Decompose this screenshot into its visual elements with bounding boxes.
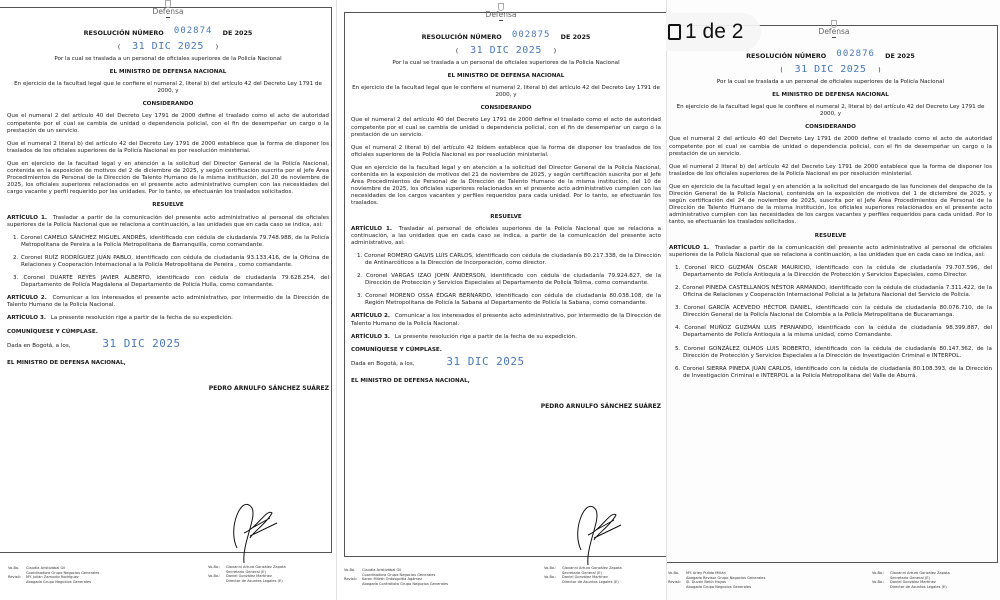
transfer-list: 1. Coronel ROMERO GALVIS LUIS CARLOS, id… xyxy=(351,253,661,308)
considering-paragraph: Que el numeral 2 literal b) del artículo… xyxy=(351,145,661,159)
closing: COMUNÍQUESE Y CÚMPLASE. xyxy=(351,347,661,354)
list-item: 3. Coronel GARCÍA ACEVEDO HÉCTOR DANIEL,… xyxy=(669,305,992,319)
list-item: 4. Coronel MUÑOZ GUZMÁN LUIS FERNANDO, i… xyxy=(669,325,992,339)
logo: Defensa xyxy=(148,0,188,18)
considering-paragraph: Que el numeral 2 literal b) del artículo… xyxy=(7,141,329,155)
page-icon xyxy=(668,24,681,40)
list-item: 1. Coronel CAMELO SÁNCHEZ MIGUEL ANDRÉS,… xyxy=(7,235,329,249)
resolution-date: ( 31 DIC 2025 ) xyxy=(7,43,329,56)
considering-paragraph: Que el numeral 2 literal b) del artículo… xyxy=(669,164,992,178)
approval-footer-left: Vo.Bo.Claudia Aristizábal Gil Coordinado… xyxy=(344,568,484,586)
subtitle: Por la cual se traslada a un personal de… xyxy=(669,79,992,86)
document-body: RESOLUCIÓN NÚMERO 002875 DE 2025 ( 31 DI… xyxy=(351,34,661,410)
given-in: Dada en Bogotá, a los, 31 DIC 2025 xyxy=(351,358,661,368)
considering-paragraph: Que en ejercicio de la facultad legal y … xyxy=(7,161,329,196)
exercise-text: En ejercicio de la facultad legal que le… xyxy=(351,85,661,99)
article-1: ARTÍCULO 1. Trasladar a partir de la com… xyxy=(7,215,329,229)
article-3: ARTÍCULO 3. La presente resolución rige … xyxy=(7,315,329,322)
date-stamp: 31 DIC 2025 xyxy=(470,45,542,56)
list-item: 1. Coronel ROMERO GALVIS LUIS CARLOS, id… xyxy=(351,253,661,267)
list-item: 6. Coronel SIERRA PINEDA JUAN CARLOS, id… xyxy=(669,366,992,380)
resolution-date: ( 31 DIC 2025 ) xyxy=(351,47,661,60)
considering-paragraph: Que el numeral 2 del artículo 40 del Dec… xyxy=(7,113,329,134)
authority: EL MINISTRO DE DEFENSA NACIONAL xyxy=(351,73,661,80)
resolution-header: RESOLUCIÓN NÚMERO 002876 DE 2025 xyxy=(669,53,992,63)
page-divider xyxy=(666,0,667,600)
authority: EL MINISTRO DE DEFENSA NACIONAL xyxy=(7,69,329,76)
resolution-page-002876: Defensa RESOLUCIÓN NÚMERO 002876 DE 2025… xyxy=(666,0,1000,600)
page-divider xyxy=(336,0,337,600)
resolution-number: 002875 xyxy=(512,30,551,40)
resolves-heading: RESUELVE xyxy=(7,202,329,209)
list-item: 3. Coronel DUARTE REYES JAVIER ALBERTO, … xyxy=(7,275,329,289)
signer-name: PEDRO ARNULFO SÁNCHEZ SUÁREZ xyxy=(7,385,329,392)
approval-footer-right: Vo.Bo.:Giovanni Arturo González Zapata S… xyxy=(872,571,998,589)
resolution-header: RESOLUCIÓN NÚMERO 002875 DE 2025 xyxy=(351,34,661,44)
document-body: RESOLUCIÓN NÚMERO 002876 DE 2025 ( 31 DI… xyxy=(669,53,992,386)
resolution-page-002875: Defensa RESOLUCIÓN NÚMERO 002875 DE 2025… xyxy=(336,0,666,600)
considering-paragraph: Que en ejercicio de la facultad legal y … xyxy=(669,184,992,227)
signature-icon xyxy=(566,490,626,578)
date-stamp: 31 DIC 2025 xyxy=(795,64,867,75)
signer-name: PEDRO ARNULFO SÁNCHEZ SUÁREZ xyxy=(351,403,661,410)
approval-footer-right: Vo.Bo.:Giovanni Arturo González Zapata S… xyxy=(208,565,333,583)
transfer-list: 1. Coronel CAMELO SÁNCHEZ MIGUEL ANDRÉS,… xyxy=(7,235,329,290)
date-stamp: 31 DIC 2025 xyxy=(446,355,524,368)
approval-footer-left: Vo.Bo.Claudia Aristizábal Gil Coordinado… xyxy=(8,566,138,584)
article-1: ARTÍCULO 1. Trasladar a partir de la com… xyxy=(669,245,992,259)
resolution-number: 002874 xyxy=(174,26,213,36)
resolution-number: 002876 xyxy=(836,49,875,59)
document-body: RESOLUCIÓN NÚMERO 002874 DE 2025 ( 31 DI… xyxy=(7,30,329,392)
minister-line: EL MINISTRO DE DEFENSA NACIONAL, xyxy=(351,378,661,385)
minister-line: EL MINISTRO DE DEFENSA NACIONAL, xyxy=(7,360,329,367)
considering-paragraph: Que el numeral 2 del artículo 40 del Dec… xyxy=(351,117,661,138)
article-2: ARTÍCULO 2. Comunicar a los interesados … xyxy=(351,313,661,327)
approval-footer-right: Vo.Bo.:Giovanni Arturo González Zapata S… xyxy=(544,566,664,584)
date-stamp: 31 DIC 2025 xyxy=(132,41,204,52)
list-item: 2. Coronel PINEDA CASTELLANOS NÉSTOR ARM… xyxy=(669,285,992,299)
article-2: ARTÍCULO 2. Comunicar a los interesados … xyxy=(7,295,329,309)
logo: Defensa xyxy=(481,3,521,21)
list-item: 1. Coronel RICO GUZMÁN ÓSCAR MAURICIO, i… xyxy=(669,265,992,279)
list-item: 3. Coronel MORENO OSSA ÉDGAR BERNARDO, i… xyxy=(351,293,661,307)
closing: COMUNÍQUESE Y CÚMPLASE. xyxy=(7,329,329,336)
article-1: ARTÍCULO 1. Trasladar al personal de ofi… xyxy=(351,226,661,247)
list-item: 5. Coronel GONZÁLEZ OLMOS LUIS ROBERTO, … xyxy=(669,346,992,360)
logo-text: Defensa xyxy=(819,27,850,36)
signature-icon xyxy=(222,488,282,576)
authority: EL MINISTRO DE DEFENSA NACIONAL xyxy=(669,92,992,99)
resolution-page-002874: Defensa RESOLUCIÓN NÚMERO 002874 DE 2025… xyxy=(0,0,336,600)
exercise-text: En ejercicio de la facultad legal que le… xyxy=(669,104,992,118)
considering-heading: CONSIDERANDO xyxy=(669,124,992,131)
considering-heading: CONSIDERANDO xyxy=(351,105,661,112)
logo: Defensa xyxy=(814,20,854,38)
given-in: Dada en Bogotá, a los, 31 DIC 2025 xyxy=(7,340,329,350)
list-item: 2. Coronel VARGAS IZAO JOHN ÁNDERSON, id… xyxy=(351,273,661,287)
list-item: 2. Coronel RUÍZ RODRÍGUEZ JUAN PABLO, id… xyxy=(7,255,329,269)
considering-paragraph: Que el numeral 2 del artículo 40 del Dec… xyxy=(669,136,992,157)
resolution-header: RESOLUCIÓN NÚMERO 002874 DE 2025 xyxy=(7,30,329,40)
considering-heading: CONSIDERANDO xyxy=(7,101,329,108)
article-3: ARTÍCULO 3. La presente resolución rige … xyxy=(351,334,661,341)
page-indicator-text: 1 de 2 xyxy=(685,20,743,44)
logo-text: Defensa xyxy=(153,7,184,16)
date-stamp: 31 DIC 2025 xyxy=(102,337,180,350)
subtitle: Por la cual se traslada a un personal de… xyxy=(351,60,661,67)
subtitle: Por la cual se traslada a un personal de… xyxy=(7,56,329,63)
transfer-list: 1. Coronel RICO GUZMÁN ÓSCAR MAURICIO, i… xyxy=(669,265,992,380)
resolution-date: ( 31 DIC 2025 ) xyxy=(669,66,992,79)
exercise-text: En ejercicio de la facultad legal que le… xyxy=(7,81,329,95)
page-indicator[interactable]: 1 de 2 xyxy=(666,13,761,51)
approval-footer-left: Vo.Bo.MY. Arley Pulido Millán Abogado Re… xyxy=(668,571,803,589)
logo-text: Defensa xyxy=(486,10,517,19)
resolves-heading: RESUELVE xyxy=(351,214,661,221)
resolves-heading: RESUELVE xyxy=(669,233,992,240)
considering-paragraph: Que en ejercicio de la facultad legal y … xyxy=(351,165,661,208)
